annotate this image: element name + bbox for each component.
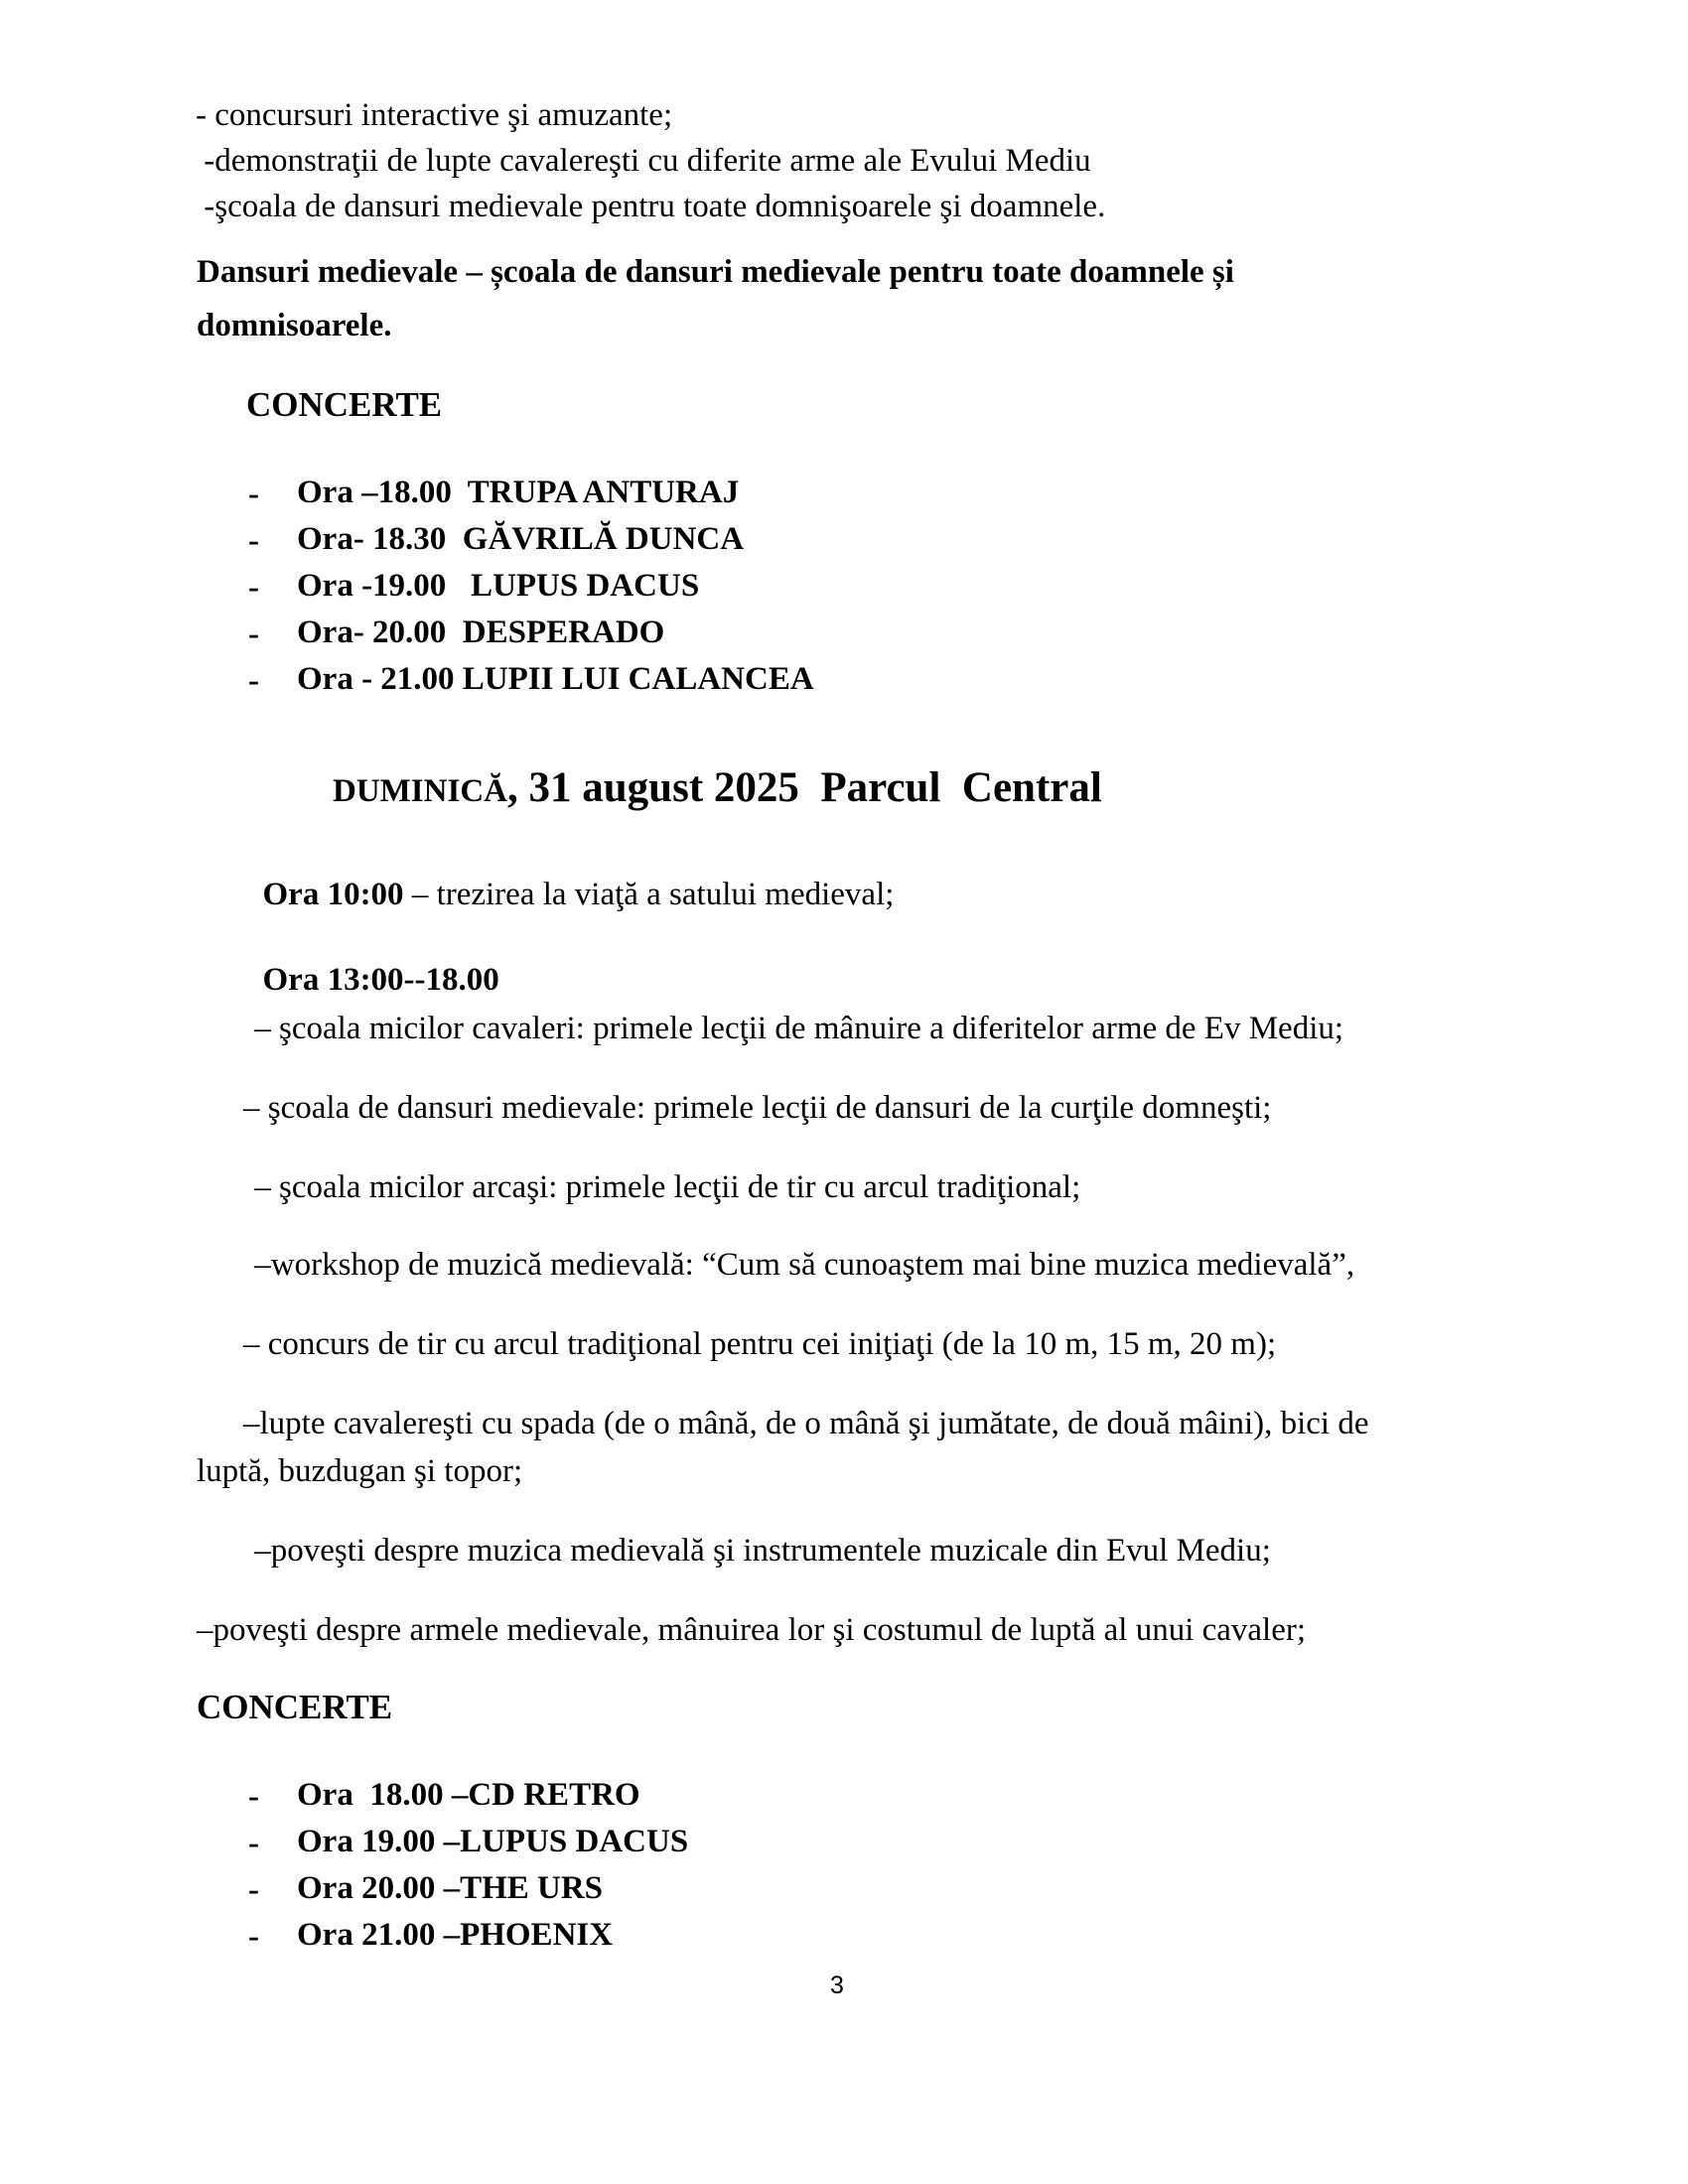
bullet-dash: - (248, 523, 259, 560)
fights-paragraph-line: –lupte cavalereşti cu spada (de o mână, … (243, 1408, 1369, 1440)
activity-item: – şcoala micilor cavaleri: primele lecţi… (246, 1013, 1343, 1045)
concert-item: Ora 21.00 –PHOENIX (297, 1919, 613, 1952)
schedule-text: – trezirea la viaţă a satului medieval; (404, 877, 895, 912)
bullet-dash: - (248, 616, 259, 653)
concert-item: Ora- 20.00 DESPERADO (297, 616, 664, 649)
schedule-time: Ora 10:00 (263, 877, 404, 912)
concerts-heading: CONCERTE (246, 387, 442, 422)
dances-paragraph-line: Dansuri medievale – școala de dansuri me… (197, 256, 1234, 289)
activity-item: – şcoala de dansuri medievale: primele l… (243, 1092, 1271, 1125)
page-number: 3 (830, 1972, 844, 2000)
fights-paragraph-line: luptă, buzdugan şi topor; (197, 1455, 522, 1488)
concert-item: Ora- 18.30 GĂVRILĂ DUNCA (297, 523, 744, 556)
bullet-dash: - (248, 1826, 259, 1862)
schedule-item: Ora 10:00 – trezirea la viaţă a satului … (246, 846, 894, 911)
bullet-dash: - (248, 663, 259, 700)
activity-item: –workshop de muzică medievală: “Cum să c… (246, 1249, 1354, 1282)
activity-item: – şcoala micilor arcaşi: primele lecţii … (246, 1171, 1080, 1204)
bullet-dash: - (248, 1779, 259, 1816)
schedule-time: Ora 13:00--18.00 (263, 962, 499, 998)
stories-item: –poveşti despre muzica medievală şi inst… (246, 1535, 1271, 1568)
concert-item: Ora 18.00 –CD RETRO (297, 1779, 640, 1812)
concert-item: Ora 20.00 –THE URS (297, 1872, 603, 1905)
dances-paragraph-line: domnisoarele. (197, 310, 391, 342)
bullet-dash: - (248, 1872, 259, 1909)
concert-item: Ora 19.00 –LUPUS DACUS (297, 1826, 688, 1858)
schedule-item: Ora 13:00--18.00 (246, 931, 499, 997)
day-label: DUMINICĂ (333, 773, 507, 809)
activity-item: – concurs de tir cu arcul tradiţional pe… (243, 1328, 1276, 1361)
intro-item: -şcoala de dansuri medievale pentru toat… (196, 191, 1105, 223)
sunday-heading: DUMINICĂ, 31 august 2025 Parcul Central (325, 751, 1102, 809)
concert-item: Ora - 21.00 LUPII LUI CALANCEA (297, 663, 814, 696)
bullet-dash: - (248, 477, 259, 513)
stories-item: –poveşti despre armele medievale, mânuir… (197, 1614, 1306, 1647)
date-place: , 31 august 2025 Parcul Central (507, 764, 1102, 811)
intro-item: - concursuri interactive şi amuzante; (196, 99, 672, 132)
bullet-dash: - (248, 1919, 259, 1956)
concert-item: Ora –18.00 TRUPA ANTURAJ (297, 477, 739, 509)
intro-item: -demonstraţii de lupte cavalereşti cu di… (196, 145, 1091, 178)
bullet-dash: - (248, 570, 259, 607)
concert-item: Ora -19.00 LUPUS DACUS (297, 570, 699, 603)
concerts-heading: CONCERTE (197, 1690, 392, 1724)
